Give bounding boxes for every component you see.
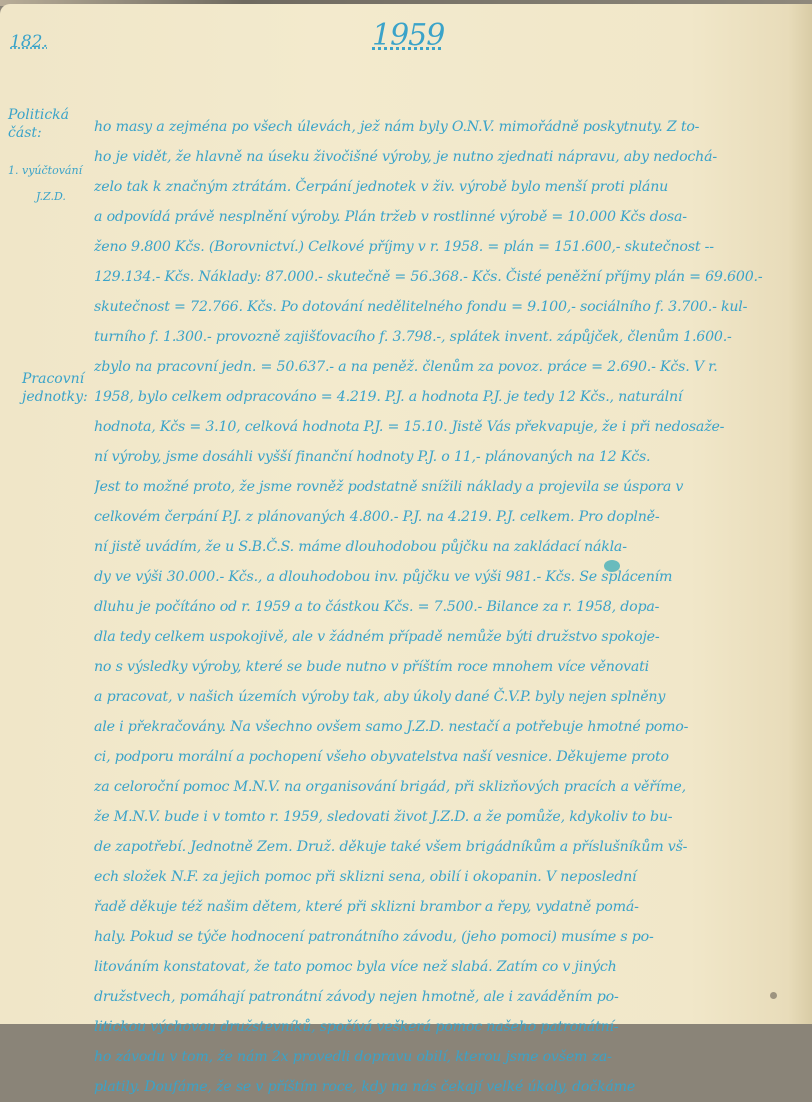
- chronicle-page: 182. 1959 Politická část: 1. vyúčtování …: [0, 4, 812, 1024]
- margin-note-political-section: Politická část:: [8, 106, 69, 142]
- text-line: řadě děkuje též našim dětem, které při s…: [94, 892, 794, 922]
- text-line: ženo 9.800 Kčs. (Borovnictví.) Celkové p…: [94, 232, 794, 262]
- text-line: ho masy a zejména po všech úlevách, jež …: [94, 112, 794, 142]
- text-line: ní jistě uvádím, že u S.B.Č.S. máme dlou…: [94, 532, 794, 562]
- text-line: ech složek N.F. za jejich pomoc při skli…: [94, 862, 794, 892]
- margin-note-work-units: Pracovní jednotky:: [22, 370, 88, 406]
- text-line: ní výroby, jsme dosáhli vyšší finanční h…: [94, 442, 794, 472]
- text-line: litickou výchovou družstevníků, spočívá …: [94, 1012, 794, 1024]
- text-line: celkovém čerpání P.J. z plánovaných 4.80…: [94, 502, 794, 532]
- text-line: no s výsledky výroby, které se bude nutn…: [94, 652, 794, 682]
- margin-note-line: Politická: [8, 106, 69, 124]
- text-line: haly. Pokud se týče hodnocení patronátní…: [94, 922, 794, 952]
- handwritten-body: ho masy a zejména po všech úlevách, jež …: [94, 112, 794, 1024]
- text-line: a pracovat, v našich územích výroby tak,…: [94, 682, 794, 712]
- text-line: zelo tak k značným ztrátám. Čerpání jedn…: [94, 172, 794, 202]
- text-line: 1958, bylo celkem odpracováno = 4.219. P…: [94, 382, 794, 412]
- ink-blot: [604, 560, 620, 572]
- text-line: družstvech, pomáhají patronátní závody n…: [94, 982, 794, 1012]
- margin-note-line: Pracovní: [22, 370, 88, 388]
- text-line: de zapotřebí. Jednotně Zem. Druž. děkuje…: [94, 832, 794, 862]
- margin-note-line: část:: [8, 124, 69, 142]
- text-line: a odpovídá právě nesplnění výroby. Plán …: [94, 202, 794, 232]
- text-line: ci, podporu morální a pochopení všeho ob…: [94, 742, 794, 772]
- paper-spot: [770, 992, 777, 999]
- margin-note-accounting: 1. vyúčtování: [8, 162, 82, 180]
- text-line: za celoroční pomoc M.N.V. na organisován…: [94, 772, 794, 802]
- margin-note-jzd: J.Z.D.: [36, 188, 66, 206]
- text-line: litováním konstatovat, že tato pomoc byl…: [94, 952, 794, 982]
- text-line: turního f. 1.300.- provozně zajišťovacíh…: [94, 322, 794, 352]
- text-line: hodnota, Kčs = 3.10, celková hodnota P.J…: [94, 412, 794, 442]
- text-line: skutečnost = 72.766. Kčs. Po dotování ne…: [94, 292, 794, 322]
- page-number: 182.: [10, 32, 48, 52]
- text-line: ho je vidět, že hlavně na úseku živočišn…: [94, 142, 794, 172]
- text-line: ale i překračovány. Na všechno ovšem sam…: [94, 712, 794, 742]
- text-line: dluhu je počítáno od r. 1959 a to částko…: [94, 592, 794, 622]
- text-line: dla tedy celkem uspokojivě, ale v žádném…: [94, 622, 794, 652]
- text-line: 129.134.- Kčs. Náklady: 87.000.- skutečn…: [94, 262, 794, 292]
- margin-note-line: jednotky:: [22, 388, 88, 406]
- text-line: zbylo na pracovní jedn. = 50.637.- a na …: [94, 352, 794, 382]
- text-line: Jest to možné proto, že jsme rovněž pods…: [94, 472, 794, 502]
- year-heading: 1959: [372, 18, 444, 53]
- text-line: dy ve výši 30.000.- Kčs., a dlouhodobou …: [94, 562, 794, 592]
- text-line: že M.N.V. bude i v tomto r. 1959, sledov…: [94, 802, 794, 832]
